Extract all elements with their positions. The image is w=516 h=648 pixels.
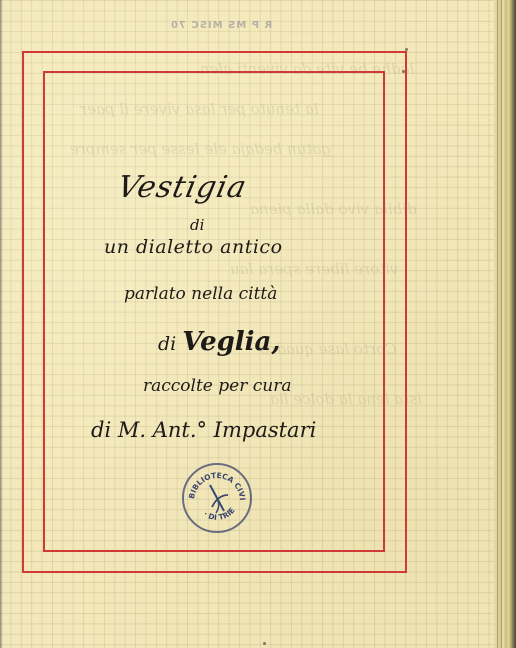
line-raccolte: raccolte per cura <box>143 376 291 396</box>
shelfmark-mirrored: R P MS MISC 70 <box>170 20 272 31</box>
halberd-stamp-icon: BIBLIOTECA CIVICA · DI TRIESTE · <box>182 463 252 533</box>
manuscript-page: ladhe be vite da viventi alen la tenuto … <box>0 0 516 648</box>
scan-edge-shadow <box>0 0 3 648</box>
page-edge-line <box>501 0 502 648</box>
ink-dot <box>405 48 408 51</box>
ink-dot <box>402 70 405 73</box>
line-di: di <box>190 216 204 234</box>
library-stamp: BIBLIOTECA CIVICA · DI TRIESTE · <box>182 463 252 533</box>
line-dialetto: un dialetto antico <box>104 236 283 258</box>
ink-dot <box>263 642 266 645</box>
title-vestigia: Vestigia <box>114 170 250 205</box>
veglia-prefix: di <box>158 333 176 355</box>
veglia-name: Veglia, <box>182 327 280 357</box>
line-veglia: di Veglia, <box>158 327 280 357</box>
line-author: di M. Ant.° Impastari <box>91 418 316 442</box>
page-edge-line <box>497 0 498 648</box>
line-parlato: parlato nella città <box>124 284 277 304</box>
